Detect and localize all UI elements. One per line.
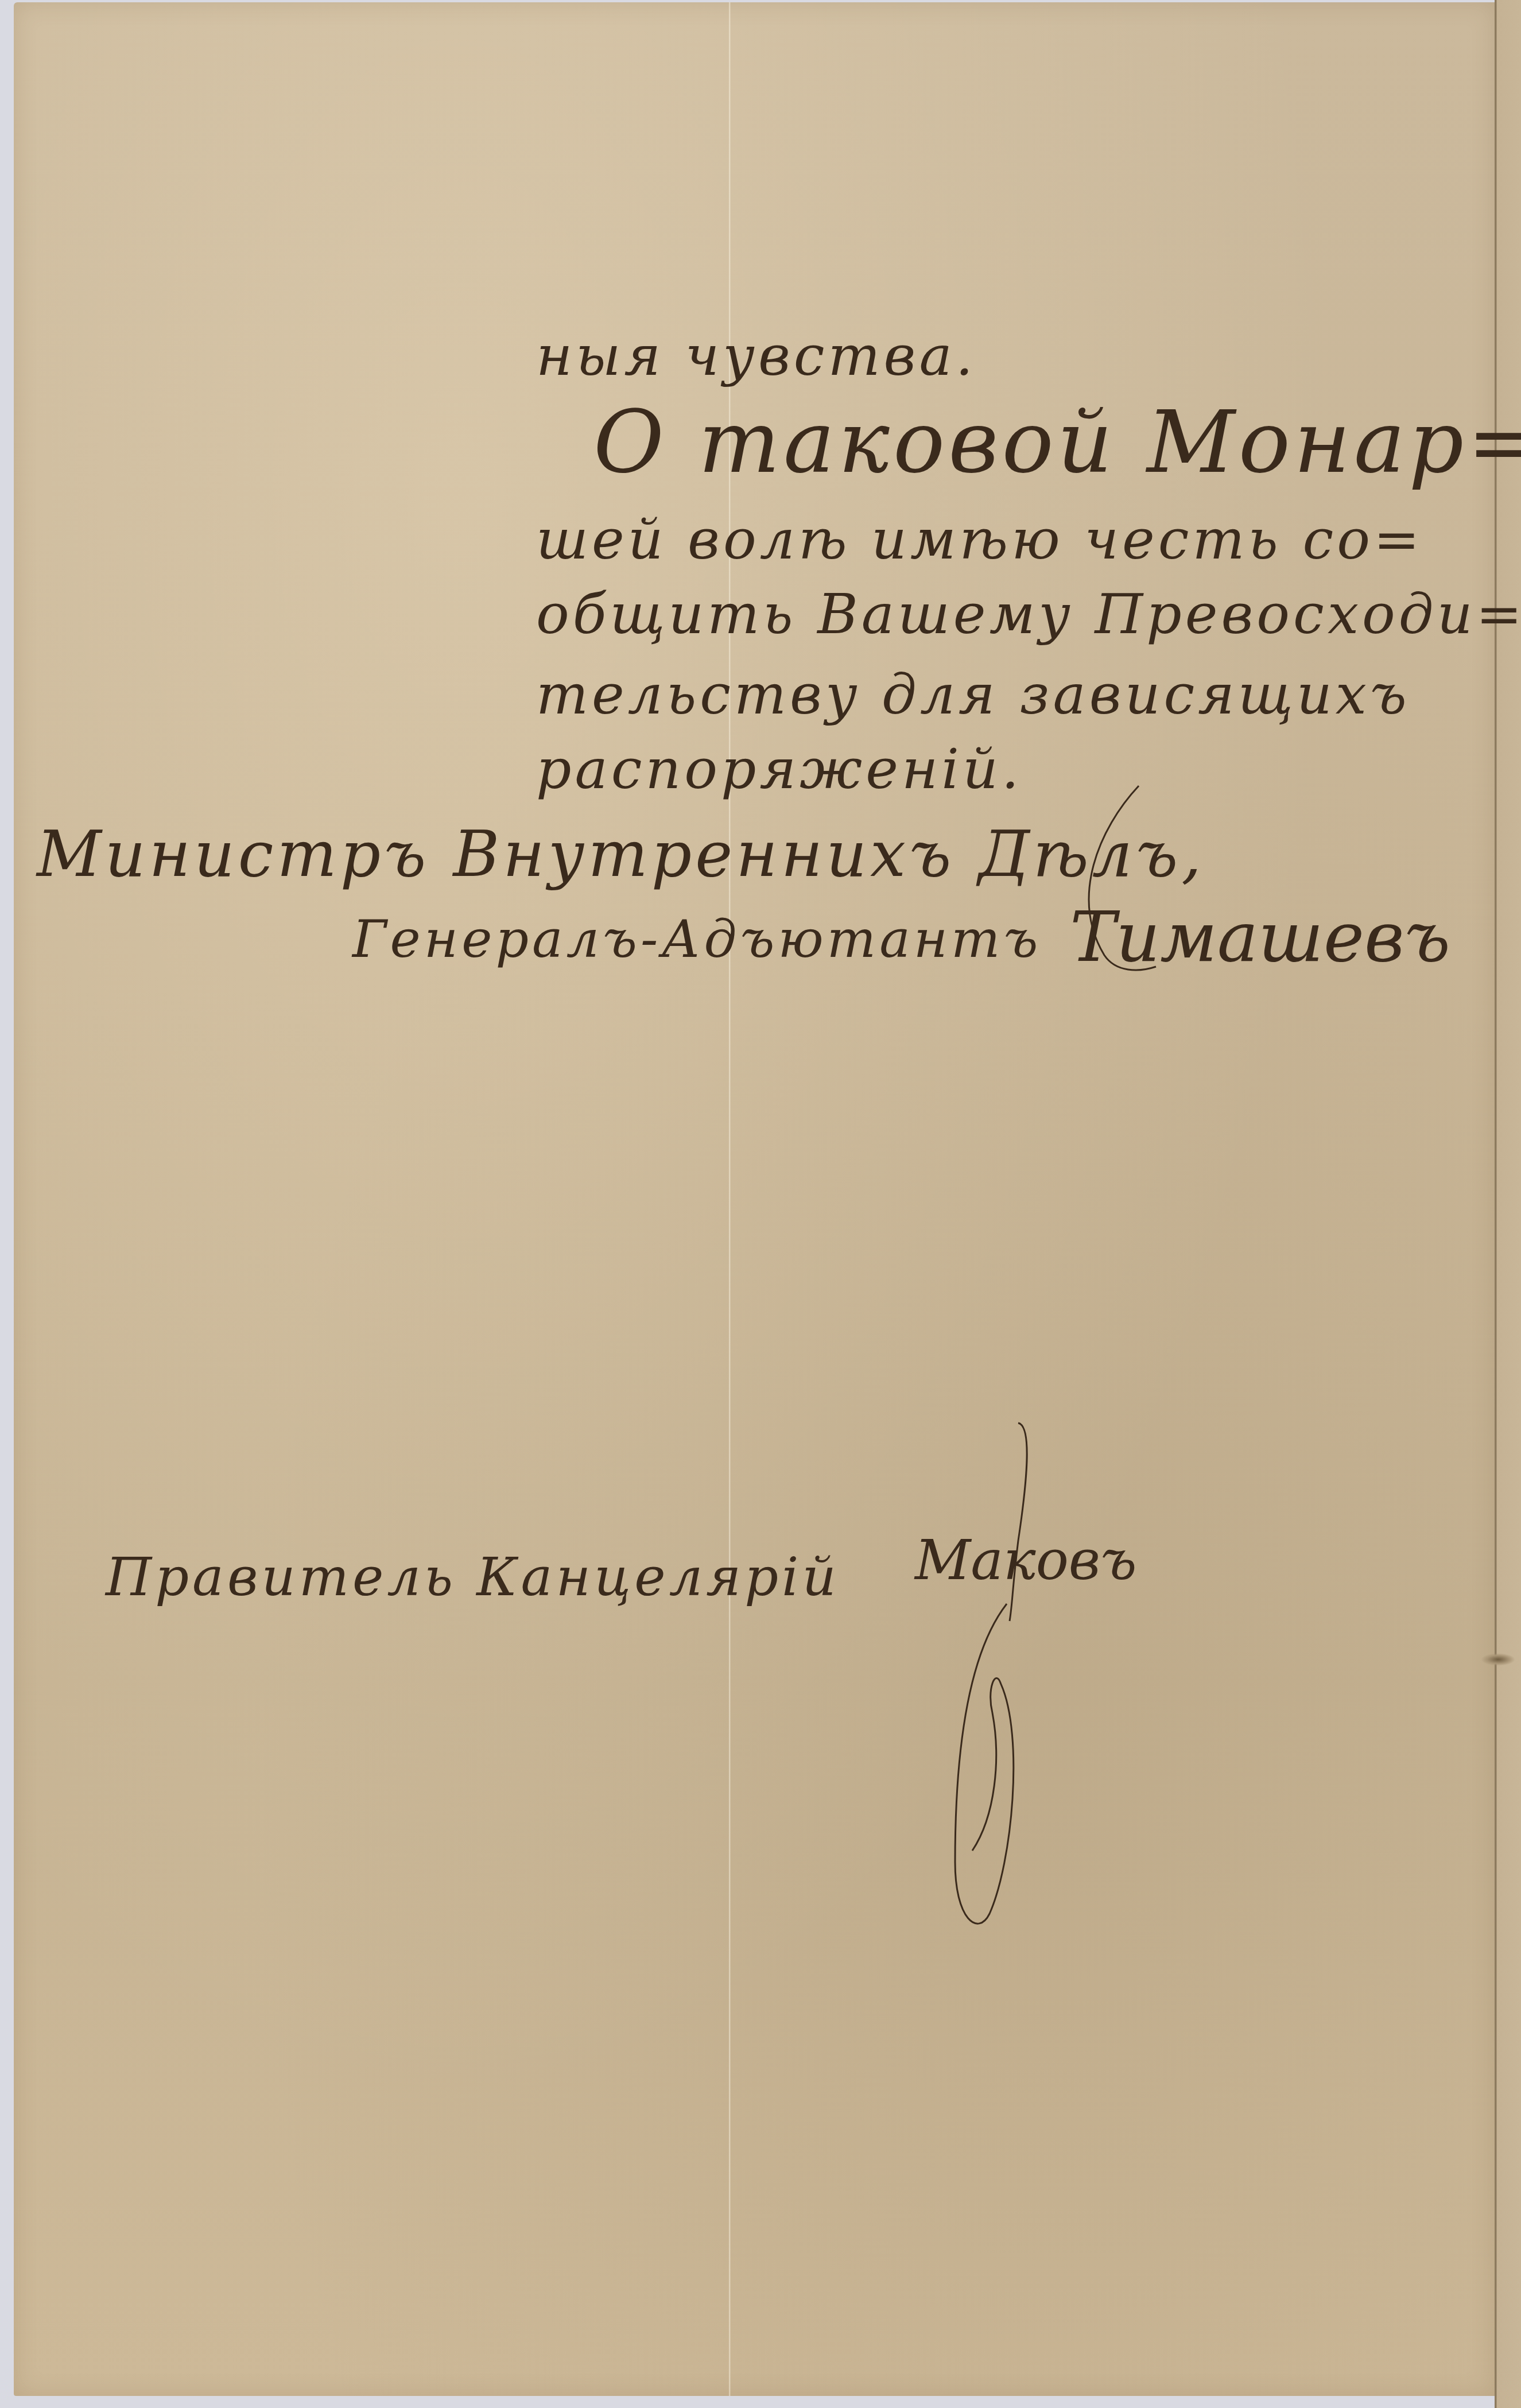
countersign-flourish-icon — [932, 1414, 1047, 1960]
body-line-4: общить Вашему Превосходи= — [536, 582, 1521, 646]
body-line-6: распоряженій. — [536, 737, 1022, 801]
body-line-3: шей волѣ имѣю честь со= — [536, 507, 1423, 572]
folded-back-page-edge — [1495, 0, 1521, 2408]
chancellery-head-title: Правитель Канцелярій — [106, 1546, 840, 1608]
body-line-2: О таковой Монар= — [593, 393, 1521, 493]
document-page: ныя чувства. О таковой Монар= шей волѣ и… — [14, 2, 1495, 2396]
body-line-1: ныя чувства. — [536, 324, 976, 388]
signature-flourish-icon — [1024, 783, 1162, 978]
paper-tear — [1481, 1653, 1515, 1666]
body-line-5: тельству для зависящихъ — [536, 662, 1410, 727]
adjutant-general-title: Генералъ-Адъютантъ — [352, 909, 1041, 970]
